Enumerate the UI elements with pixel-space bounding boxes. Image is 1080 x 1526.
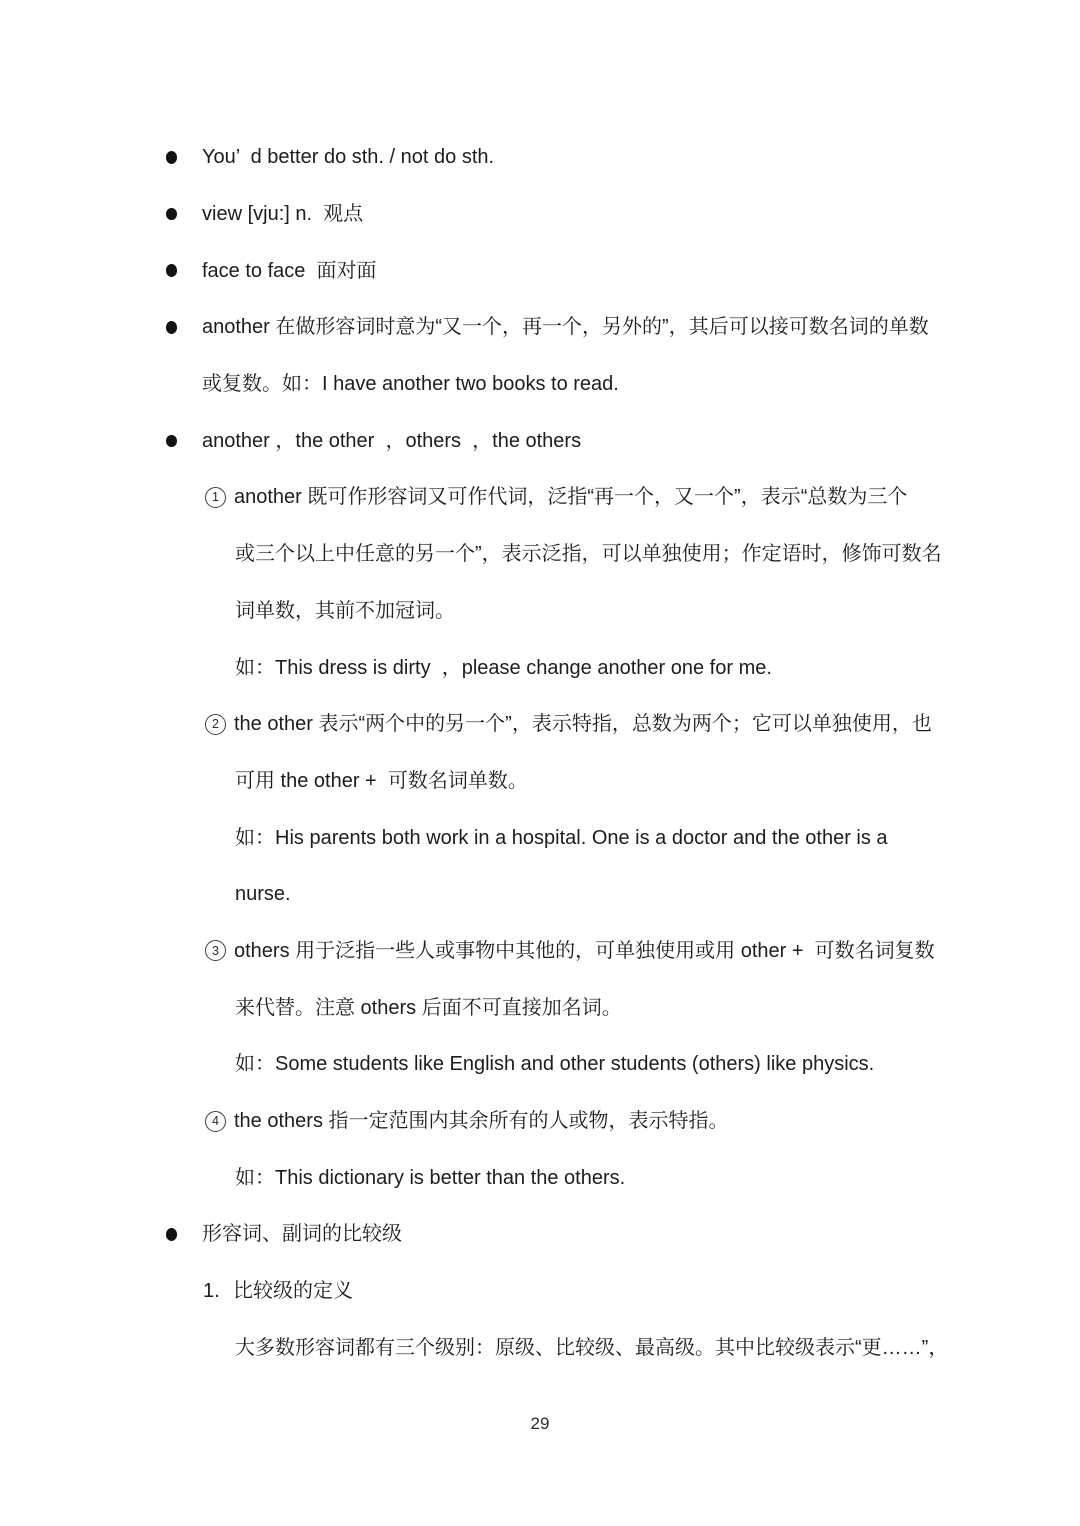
line-text: 或复数。如：I have another two books to read. xyxy=(202,370,619,398)
list-number: 1. xyxy=(203,1277,233,1305)
line-text: nurse. xyxy=(235,880,291,908)
circled-number-icon: 1 xyxy=(205,487,226,508)
document-line: face to face 面对面 xyxy=(0,242,1080,299)
document-line: 如：This dictionary is better than the oth… xyxy=(0,1149,1080,1206)
bullet-icon xyxy=(166,208,177,221)
bullet-icon xyxy=(166,1228,177,1241)
line-text: 如：This dictionary is better than the oth… xyxy=(235,1164,625,1192)
line-text: another ，the other ，others ，the others xyxy=(202,427,581,455)
line-text: 来代替。注意 others 后面不可直接加名词。 xyxy=(235,994,622,1022)
line-text: face to face 面对面 xyxy=(202,257,377,285)
line-text: 如：Some students like English and other s… xyxy=(235,1050,874,1078)
document-line: nurse. xyxy=(0,866,1080,923)
line-text: 比较级的定义 xyxy=(233,1277,353,1305)
line-text: 大多数形容词都有三个级别：原级、比较级、最高级。其中比较级表示“更……”， xyxy=(235,1334,948,1362)
document-line: 1another 既可作形容词又可作代词，泛指“再一个，又一个”，表示“总数为三… xyxy=(0,469,1080,526)
document-line: 形容词、副词的比较级 xyxy=(0,1206,1080,1263)
document-line: 如：Some students like English and other s… xyxy=(0,1036,1080,1093)
page-content: You’ d better do sth. / not do sth.view … xyxy=(0,129,1080,1376)
document-line: 4the others 指一定范围内其余所有的人或物，表示特指。 xyxy=(0,1093,1080,1150)
line-text: 词单数，其前不加冠词。 xyxy=(235,597,455,625)
line-text: 如：This dress is dirty ，please change ano… xyxy=(235,654,772,682)
circled-number-icon: 2 xyxy=(205,714,226,735)
line-text: view [vju:] n. 观点 xyxy=(202,200,363,228)
line-text: the other 表示“两个中的另一个”，表示特指，总数为两个；它可以单独使用… xyxy=(234,710,932,738)
bullet-icon xyxy=(166,151,177,164)
bullet-icon xyxy=(166,264,177,277)
document-line: 大多数形容词都有三个级别：原级、比较级、最高级。其中比较级表示“更……”， xyxy=(0,1319,1080,1376)
document-line: You’ d better do sth. / not do sth. xyxy=(0,129,1080,186)
line-text: another 既可作形容词又可作代词，泛指“再一个，又一个”，表示“总数为三个 xyxy=(234,483,907,511)
document-line: 可用 the other + 可数名词单数。 xyxy=(0,753,1080,810)
line-text: 形容词、副词的比较级 xyxy=(202,1220,402,1248)
line-text: 可用 the other + 可数名词单数。 xyxy=(235,767,528,795)
circled-number-icon: 3 xyxy=(205,940,226,961)
document-line: 如：This dress is dirty ，please change ano… xyxy=(0,639,1080,696)
document-line: 2the other 表示“两个中的另一个”，表示特指，总数为两个；它可以单独使… xyxy=(0,696,1080,753)
document-line: 如：His parents both work in a hospital. O… xyxy=(0,809,1080,866)
document-line: view [vju:] n. 观点 xyxy=(0,186,1080,243)
line-text: 或三个以上中任意的另一个”，表示泛指，可以单独使用；作定语时，修饰可数名 xyxy=(235,540,942,568)
document-line: 词单数，其前不加冠词。 xyxy=(0,583,1080,640)
line-text: You’ d better do sth. / not do sth. xyxy=(202,143,494,171)
document-line: 或三个以上中任意的另一个”，表示泛指，可以单独使用；作定语时，修饰可数名 xyxy=(0,526,1080,583)
document-line: 来代替。注意 others 后面不可直接加名词。 xyxy=(0,979,1080,1036)
line-text: others 用于泛指一些人或事物中其他的，可单独使用或用 other + 可数… xyxy=(234,937,935,965)
document-line: 1.比较级的定义 xyxy=(0,1263,1080,1320)
line-text: another 在做形容词时意为“又一个，再一个，另外的”，其后可以接可数名词的… xyxy=(202,313,929,341)
line-text: 如：His parents both work in a hospital. O… xyxy=(235,824,888,852)
bullet-icon xyxy=(166,435,177,448)
document-line: another 在做形容词时意为“又一个，再一个，另外的”，其后可以接可数名词的… xyxy=(0,299,1080,356)
document-line: another ，the other ，others ，the others xyxy=(0,412,1080,469)
document-line: 3others 用于泛指一些人或事物中其他的，可单独使用或用 other + 可… xyxy=(0,923,1080,980)
document-line: 或复数。如：I have another two books to read. xyxy=(0,356,1080,413)
circled-number-icon: 4 xyxy=(205,1111,226,1132)
page: You’ d better do sth. / not do sth.view … xyxy=(0,0,1080,1526)
bullet-icon xyxy=(166,321,177,334)
line-text: the others 指一定范围内其余所有的人或物，表示特指。 xyxy=(234,1107,729,1135)
page-number: 29 xyxy=(0,1414,1080,1434)
